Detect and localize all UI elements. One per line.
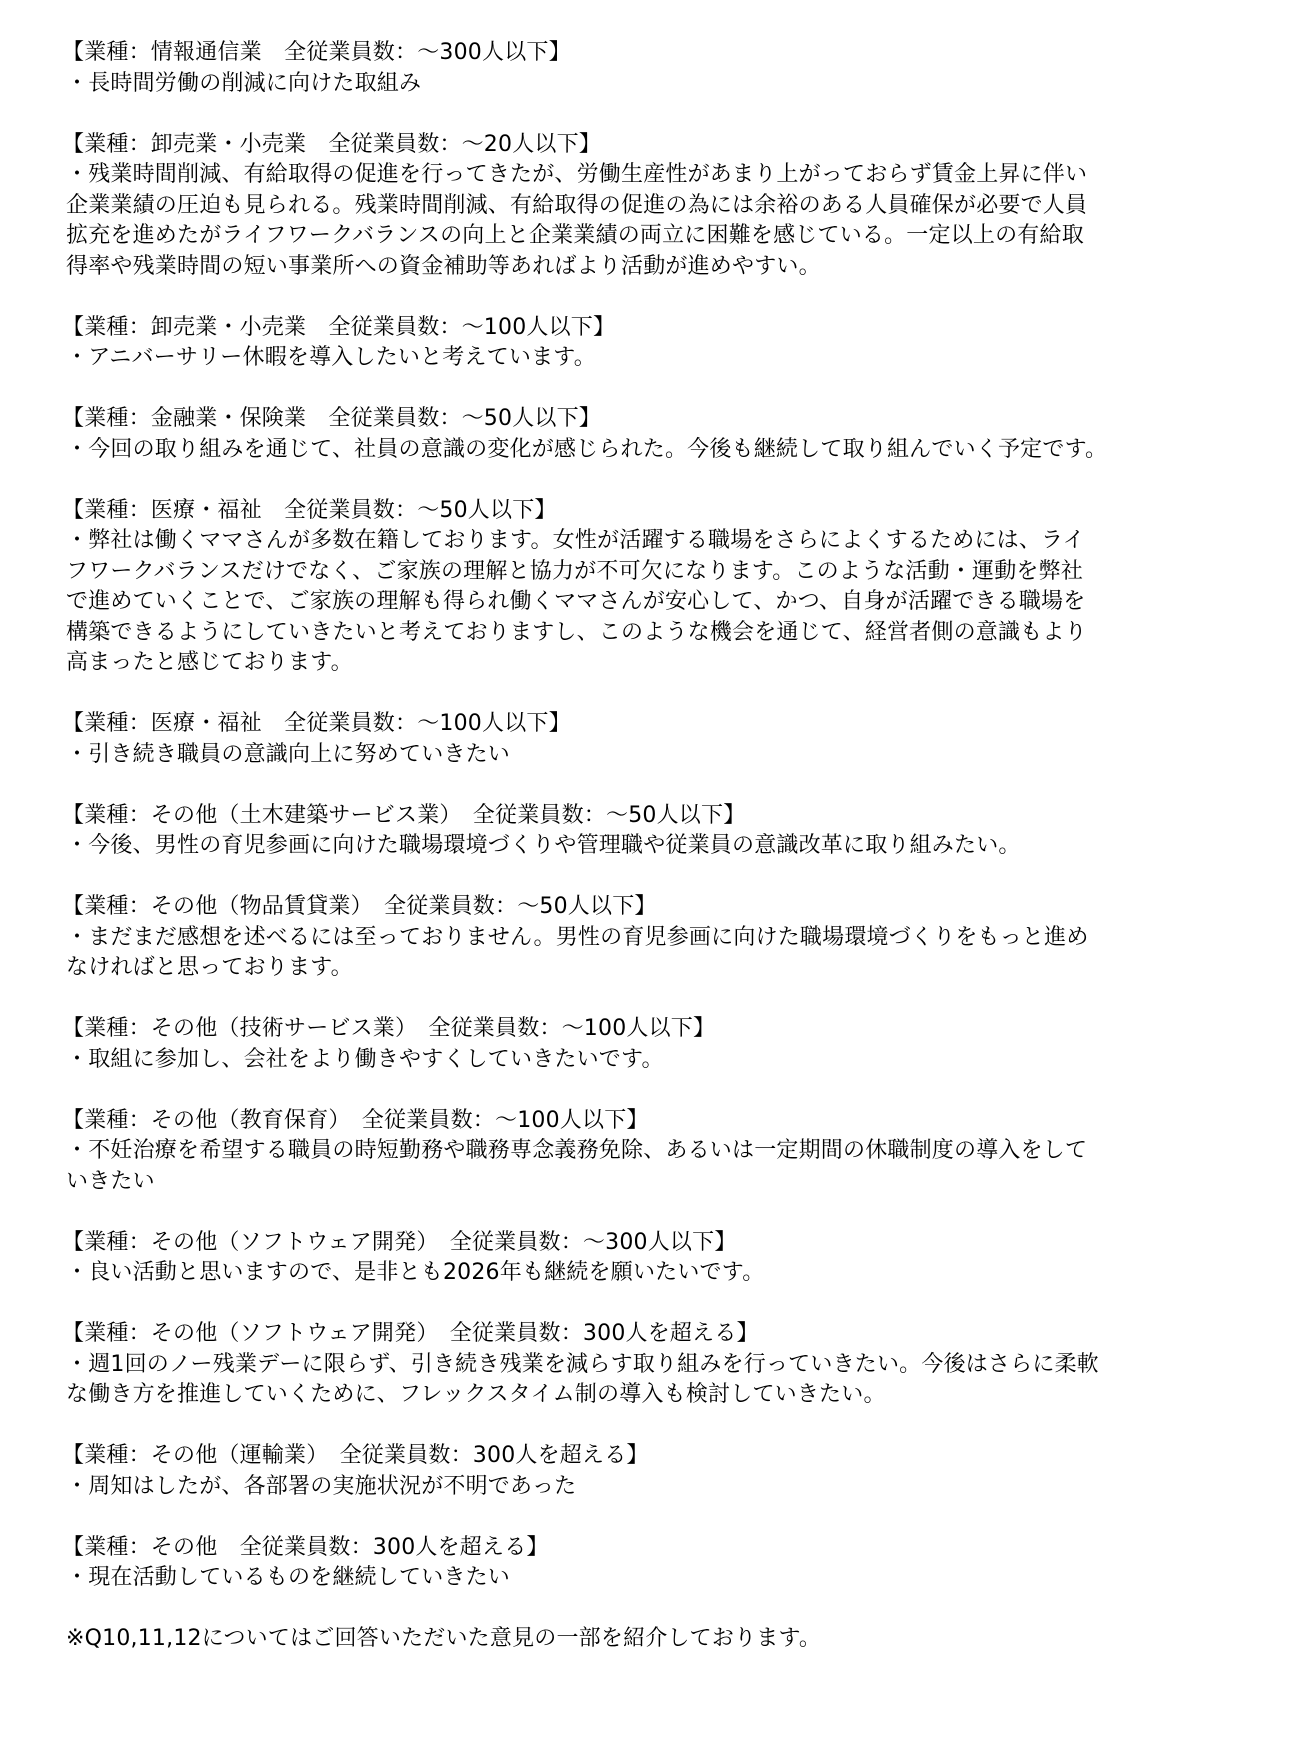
comment-entry: 【業種：情報通信業 全従業員数：～300人以下】 ・長時間労働の削減に向けた取組… (66, 38, 1256, 99)
entry-comment-line: ・長時間労働の削減に向けた取組み (66, 69, 1256, 100)
document-page: 【業種：情報通信業 全従業員数：～300人以下】 ・長時間労働の削減に向けた取組… (66, 38, 1256, 1655)
entry-heading: 【業種：医療・福祉 全従業員数：～50人以下】 (62, 496, 1256, 527)
comment-entry: 【業種：医療・福祉 全従業員数：～50人以下】 ・弊社は働くママさんが多数在籍し… (66, 496, 1256, 679)
entry-heading: 【業種：その他（土木建築サービス業） 全従業員数：～50人以下】 (62, 801, 1256, 832)
entry-comment-line: ・取組に参加し、会社をより働きやすくしていきたいです。 (66, 1045, 1256, 1076)
entry-comment-line: ・アニバーサリー休暇を導入したいと考えています。 (66, 343, 1256, 374)
entry-comment-line: なければと思っております。 (66, 953, 1256, 984)
comment-entry: 【業種：金融業・保険業 全従業員数：～50人以下】 ・今回の取り組みを通じて、社… (66, 404, 1256, 465)
entry-comment-line: ・弊社は働くママさんが多数在籍しております。女性が活躍する職場をさらによくするた… (66, 526, 1256, 557)
entry-heading: 【業種：その他（物品賃貸業） 全従業員数：～50人以下】 (62, 892, 1256, 923)
entry-heading: 【業種：その他（ソフトウェア開発） 全従業員数：～300人以下】 (62, 1228, 1256, 1259)
entry-heading: 【業種：その他（教育保育） 全従業員数：～100人以下】 (62, 1106, 1256, 1137)
entry-comment-line: 得率や残業時間の短い事業所への資金補助等あればより活動が進めやすい。 (66, 252, 1256, 283)
entry-comment-line: 高まったと感じております。 (66, 648, 1256, 679)
entry-comment-line: フワークバランスだけでなく、ご家族の理解と協力が不可欠になります。このような活動… (66, 557, 1256, 588)
entry-comment-line: ・今後、男性の育児参画に向けた職場環境づくりや管理職や従業員の意識改革に取り組み… (66, 831, 1256, 862)
entry-comment-line: ・まだまだ感想を述べるには至っておりません。男性の育児参画に向けた職場環境づくり… (66, 923, 1256, 954)
entry-heading: 【業種：卸売業・小売業 全従業員数：～100人以下】 (62, 313, 1256, 344)
entry-comment-line: ・引き続き職員の意識向上に努めていきたい (66, 740, 1256, 771)
entry-heading: 【業種：その他 全従業員数：300人を超える】 (62, 1533, 1256, 1564)
entry-heading: 【業種：その他（技術サービス業） 全従業員数：～100人以下】 (62, 1014, 1256, 1045)
comment-entry: 【業種：卸売業・小売業 全従業員数：～20人以下】 ・残業時間削減、有給取得の促… (66, 130, 1256, 283)
entry-comment-line: で進めていくことで、ご家族の理解も得られ働くママさんが安心して、かつ、自身が活躍… (66, 587, 1256, 618)
entry-comment-line: 構築できるようにしていきたいと考えておりますし、このような機会を通じて、経営者側… (66, 618, 1256, 649)
comment-entry: 【業種：卸売業・小売業 全従業員数：～100人以下】 ・アニバーサリー休暇を導入… (66, 313, 1256, 374)
entry-heading: 【業種：その他（ソフトウェア開発） 全従業員数：300人を超える】 (62, 1319, 1256, 1350)
comment-entry: 【業種：その他（教育保育） 全従業員数：～100人以下】 ・不妊治療を希望する職… (66, 1106, 1256, 1198)
entry-heading: 【業種：その他（運輸業） 全従業員数：300人を超える】 (62, 1441, 1256, 1472)
comment-entry: 【業種：その他 全従業員数：300人を超える】 ・現在活動しているものを継続して… (66, 1533, 1256, 1594)
entry-comment-line: ・周知はしたが、各部署の実施状況が不明であった (66, 1472, 1256, 1503)
entry-comment-line: いきたい (66, 1167, 1256, 1198)
entry-comment-line: ・残業時間削減、有給取得の促進を行ってきたが、労働生産性があまり上がっておらず賃… (66, 160, 1256, 191)
entry-heading: 【業種：医療・福祉 全従業員数：～100人以下】 (62, 709, 1256, 740)
comment-entry: 【業種：その他（ソフトウェア開発） 全従業員数：300人を超える】 ・週1回のノ… (66, 1319, 1256, 1411)
footnote: ※Q10,11,12についてはご回答いただいた意見の一部を紹介しております。 (66, 1624, 1256, 1655)
comment-entry: 【業種：医療・福祉 全従業員数：～100人以下】 ・引き続き職員の意識向上に努め… (66, 709, 1256, 770)
comment-entry: 【業種：その他（土木建築サービス業） 全従業員数：～50人以下】 ・今後、男性の… (66, 801, 1256, 862)
comment-entry: 【業種：その他（運輸業） 全従業員数：300人を超える】 ・周知はしたが、各部署… (66, 1441, 1256, 1502)
entry-heading: 【業種：情報通信業 全従業員数：～300人以下】 (62, 38, 1256, 69)
entry-heading: 【業種：金融業・保険業 全従業員数：～50人以下】 (62, 404, 1256, 435)
entry-comment-line: な働き方を推進していくために、フレックスタイム制の導入も検討していきたい。 (66, 1380, 1256, 1411)
entry-heading: 【業種：卸売業・小売業 全従業員数：～20人以下】 (62, 130, 1256, 161)
entry-comment-line: 拡充を進めたがライフワークバランスの向上と企業業績の両立に困難を感じている。一定… (66, 221, 1256, 252)
entry-comment-line: ・週1回のノー残業デーに限らず、引き続き残業を減らす取り組みを行っていきたい。今… (66, 1350, 1256, 1381)
comment-entry: 【業種：その他（ソフトウェア開発） 全従業員数：～300人以下】 ・良い活動と思… (66, 1228, 1256, 1289)
comment-entry: 【業種：その他（技術サービス業） 全従業員数：～100人以下】 ・取組に参加し、… (66, 1014, 1256, 1075)
entry-comment-line: 企業業績の圧迫も見られる。残業時間削減、有給取得の促進の為には余裕のある人員確保… (66, 191, 1256, 222)
entry-comment-line: ・現在活動しているものを継続していきたい (66, 1563, 1256, 1594)
entry-comment-line: ・良い活動と思いますので、是非とも2026年も継続を願いたいです。 (66, 1258, 1256, 1289)
comment-entry: 【業種：その他（物品賃貸業） 全従業員数：～50人以下】 ・まだまだ感想を述べる… (66, 892, 1256, 984)
entry-comment-line: ・不妊治療を希望する職員の時短勤務や職務専念義務免除、あるいは一定期間の休職制度… (66, 1136, 1256, 1167)
entry-comment-line: ・今回の取り組みを通じて、社員の意識の変化が感じられた。今後も継続して取り組んで… (66, 435, 1256, 466)
